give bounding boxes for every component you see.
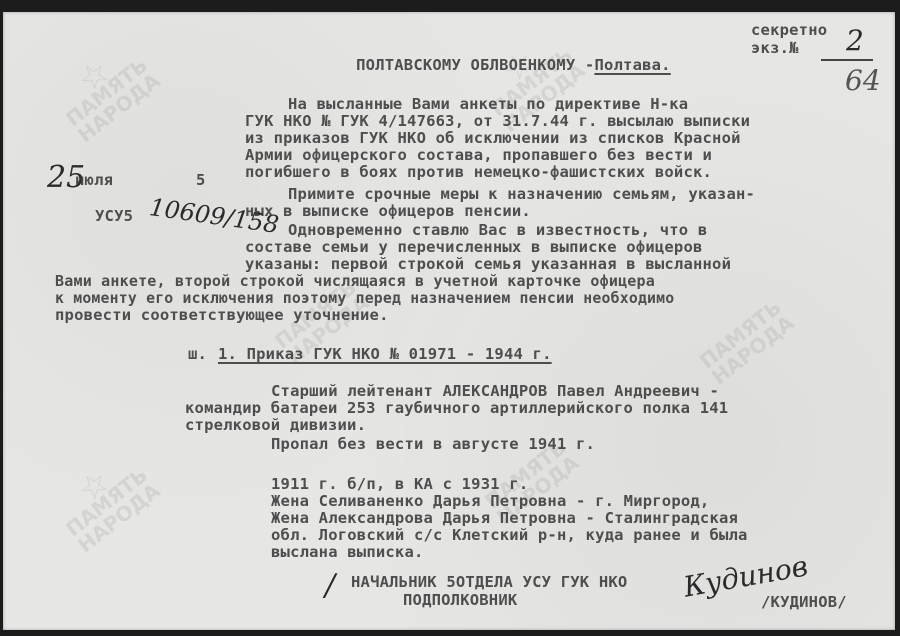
paragraph-3-line: Вами анкете, второй строкой числящаяся в…: [55, 273, 655, 290]
paragraph-2-line: ных в выписке офицеров пенсии.: [245, 203, 531, 220]
order-detail-line: обл. Логовский с/с Клетский р-н, куда ра…: [271, 527, 748, 544]
order-detail-line: Жена Селиваненко Дарья Петровна - г. Мир…: [271, 493, 709, 510]
date-year: 5: [196, 172, 206, 189]
order-entry-line: стрелковой дивизии.: [185, 417, 366, 434]
paragraph-2-line: Примите срочные меры к назначению семьям…: [288, 186, 755, 203]
addressee: ПОЛТАВСКОМУ ОБЛВОЕНКОМУ -Полтава.: [318, 40, 671, 91]
margin-mark-handwritten: /: [325, 568, 335, 603]
page-number-handwritten: 64: [845, 64, 881, 97]
signatory-rank: ПОДПОЛКОВНИК: [403, 592, 517, 609]
copy-label: экз.№: [751, 40, 799, 57]
order-detail-line: 1911 г. б/п, в КА с 1931 г.: [271, 476, 528, 493]
paragraph-3-line: провести соответствующее уточнение.: [55, 307, 389, 324]
order-marker: ш.: [188, 346, 207, 363]
paragraph-1-line: Армии офицерского состава, пропавшего бе…: [245, 147, 712, 164]
paragraph-3-line: к моменту его исключения поэтому перед н…: [55, 290, 674, 307]
classification: секретно: [751, 22, 827, 39]
date-month: июля: [75, 172, 113, 189]
order-entry-line: командир батареи 253 гаубичного артиллер…: [185, 400, 728, 417]
order-title: 1. Приказ ГУК НКО № 01971 - 1944 г.: [218, 346, 552, 363]
addressee-text: ПОЛТАВСКОМУ ОБЛВОЕНКОМУ -: [356, 56, 594, 74]
order-entry-line: Старший лейтенант АЛЕКСАНДРОВ Павел Андр…: [271, 383, 719, 400]
paragraph-1-line: На высланные Вами анкеты по директиве Н-…: [288, 96, 688, 113]
order-detail-line: выслана выписка.: [271, 544, 424, 561]
signatory-name: /КУДИНОВ/: [761, 594, 847, 611]
paragraph-3-line: составе семьи у перечисленных в выписке …: [245, 239, 703, 256]
paragraph-1-line: из приказов ГУК НКО об исключении из спи…: [245, 130, 741, 147]
paragraph-3-line: указаны: первой строкой семья указанная …: [245, 256, 731, 273]
order-status: Пропал без вести в августе 1941 г.: [271, 436, 595, 453]
watermark: ☆ ПАМЯТЬ НАРОДА: [50, 38, 164, 145]
addressee-city: Полтава.: [594, 56, 670, 74]
watermark: ПАМЯТЬ НАРОДА: [696, 296, 797, 387]
watermark: ☆ ПАМЯТЬ НАРОДА: [50, 448, 164, 555]
order-detail-line: Жена Александрова Дарья Петровна - Стали…: [271, 510, 738, 527]
paragraph-1-line: погибшего в боях против немецко-фашистск…: [245, 164, 712, 181]
document-page: ☆ ПАМЯТЬ НАРОДА ☆ ПАМЯТЬ НАРОДА ПАМЯТЬ Н…: [3, 12, 895, 630]
copy-number-handwritten: 2: [846, 24, 864, 57]
paragraph-3-line: Одновременно ставлю Вас в известность, ч…: [288, 222, 707, 239]
copy-number-rule: [821, 59, 873, 61]
department-code: УСУ5: [95, 208, 133, 225]
paragraph-1-line: ГУК НКО № ГУК 4/147663, от 31.7.44 г. вы…: [245, 113, 750, 130]
signatory-title: НАЧАЛЬНИК 5ОТДЕЛА УСУ ГУК НКО: [351, 574, 627, 591]
